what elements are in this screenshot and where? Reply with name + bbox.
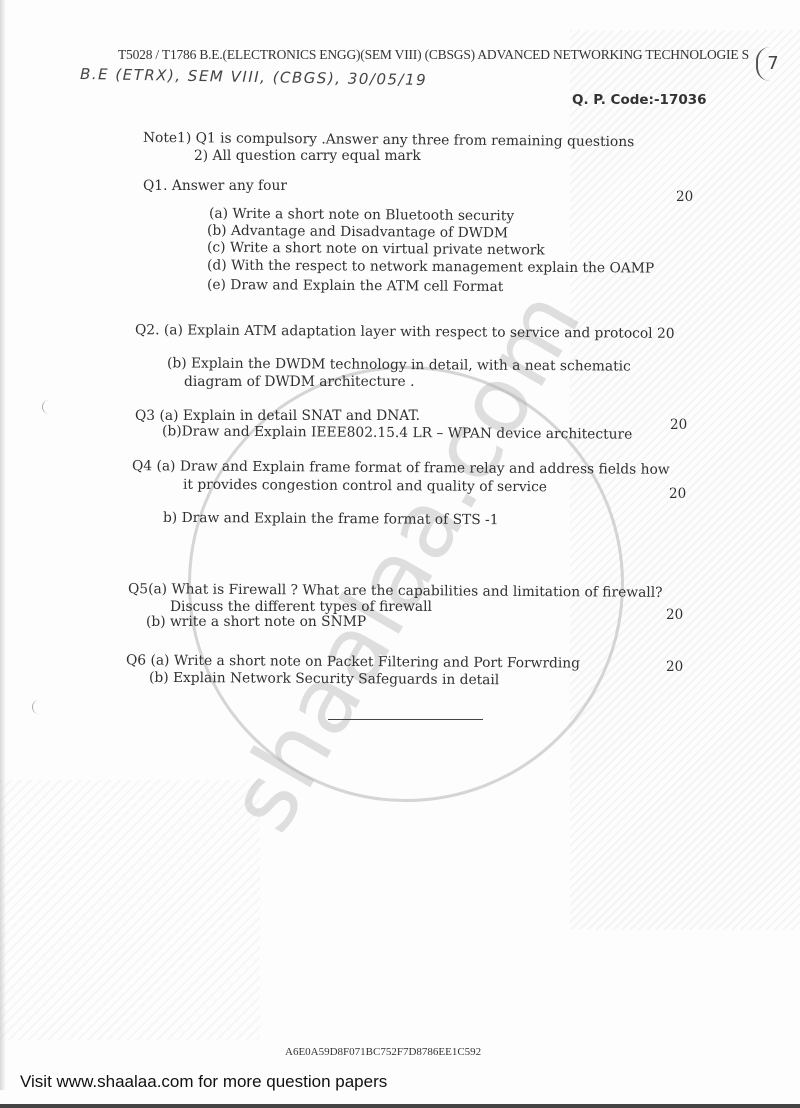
q1-part-b: (b) Advantage and Disadvantage of DWDM	[207, 223, 508, 242]
bottom-border	[0, 1104, 800, 1108]
scan-margin-mark	[42, 400, 53, 414]
scan-edge-shadow	[0, 0, 6, 1090]
handwritten-annotation: B.E (ETRX), SEM VIII, (CBGS), 30/05/19	[80, 65, 427, 89]
q1-marks: 20	[676, 189, 693, 205]
q3-marks: 20	[670, 417, 687, 433]
q4-marks: 20	[669, 486, 686, 502]
q5-part-a-cont: Discuss the different types of firewall	[170, 599, 432, 615]
q3-part-a: Q3 (a) Explain in detail SNAT and DNAT.	[135, 408, 420, 424]
background-security-pattern	[570, 30, 800, 930]
q1-part-c: (c) Write a short note on virtual privat…	[207, 240, 545, 259]
q2-part-b: (b) Explain the DWDM technology in detai…	[167, 355, 631, 374]
footer-link-text[interactable]: Visit www.shaalaa.com for more question …	[20, 1072, 387, 1092]
q1-part-e: (e) Draw and Explain the ATM cell Format	[207, 277, 503, 295]
page-number-mark: 7	[756, 47, 788, 81]
q5-part-a: Q5(a) What is Firewall ? What are the ca…	[128, 581, 663, 601]
q3-part-b: (b)Draw and Explain IEEE802.15.4 LR – WP…	[162, 423, 632, 442]
q1-part-d: (d) With the respect to network manageme…	[207, 257, 654, 276]
note-line-2: 2) All question carry equal mark	[194, 148, 421, 164]
q4-part-b: b) Draw and Explain the frame format of …	[163, 510, 499, 528]
q4-part-a-cont: it provides congestion control and quali…	[183, 477, 547, 496]
q6-marks: 20	[666, 659, 683, 675]
q1-title: Q1. Answer any four	[143, 178, 287, 194]
q1-part-a: (a) Write a short note on Bluetooth secu…	[209, 206, 514, 225]
background-security-pattern-lower	[0, 780, 260, 1040]
q4-part-a: Q4 (a) Draw and Explain frame format of …	[132, 458, 670, 478]
q2-part-a: Q2. (a) Explain ATM adaptation layer wit…	[135, 322, 675, 342]
end-of-paper-rule	[328, 719, 483, 720]
q6-part-a: Q6 (a) Write a short note on Packet Filt…	[126, 652, 580, 671]
course-header: T5028 / T1786 B.E.(ELECTRONICS ENGG)(SEM…	[118, 47, 749, 63]
scan-margin-mark	[32, 700, 43, 714]
q5-part-b: (b) write a short note on SNMP	[146, 614, 366, 630]
q2-part-b-cont: diagram of DWDM architecture .	[184, 374, 414, 390]
q5-marks: 20	[666, 607, 683, 623]
document-hash: A6E0A59D8F071BC752F7D8786EE1C592	[285, 1046, 481, 1058]
q6-part-b: (b) Explain Network Security Safeguards …	[149, 670, 499, 688]
question-paper-page: shaalaa.com T5028 / T1786 B.E.(ELECTRONI…	[0, 0, 800, 1108]
qp-code: Q. P. Code:-17036	[572, 92, 707, 108]
